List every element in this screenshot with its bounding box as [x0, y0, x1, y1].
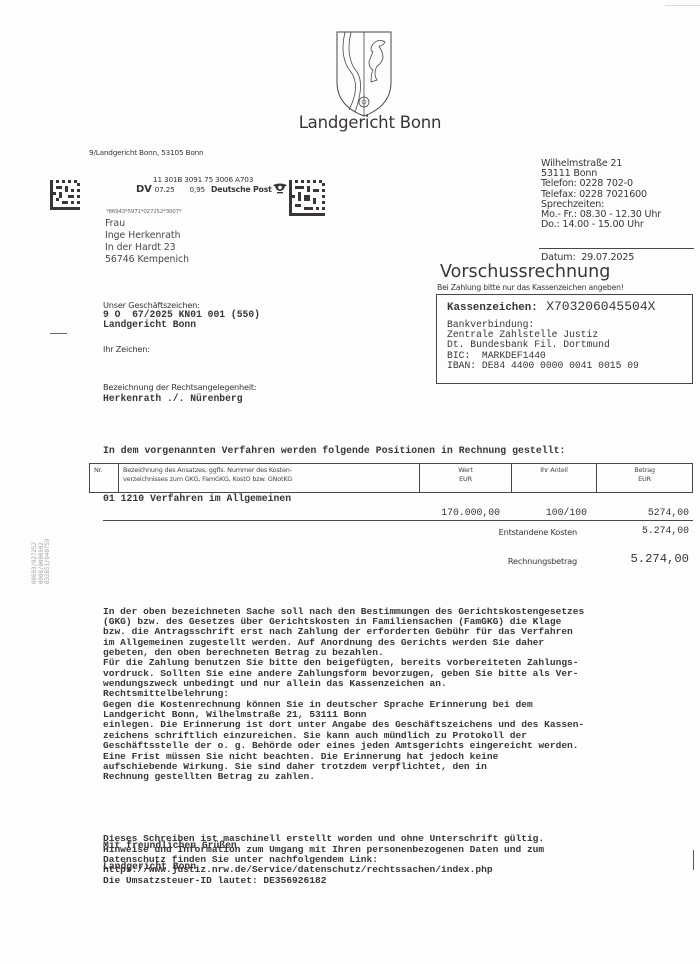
- margin-reference-code: 08693/027252 0008/0000502 032851/040759: [32, 524, 92, 584]
- costs-label: Entstandene Kosten: [380, 527, 577, 537]
- bank-details: Bankverbindung: Zentrale Zahlstelle Just…: [447, 320, 692, 371]
- body-line: Rechnung gestellten Betrag zu zahlen.: [103, 772, 698, 782]
- recipient-line: Inge Herkenrath: [105, 230, 189, 242]
- col-nr: Nr.: [90, 464, 119, 493]
- matter-label: Bezeichnung der Rechtsangelegenheit:: [103, 382, 257, 392]
- col-description-line: verzeichnisses zum GKG, FamGKG, KostO bz…: [123, 475, 415, 484]
- divider: [103, 520, 693, 521]
- kassenzeichen: Kassenzeichen: X703206045504X: [447, 301, 692, 314]
- datamatrix-code-icon: [289, 180, 325, 216]
- invoice-item-betrag: 5274,00: [600, 507, 689, 518]
- closing-greeting: Mit freundlichen Grüßen: [103, 840, 237, 851]
- col-description: Bezeichnung des Ansatzes, ggfls. Nummer …: [119, 464, 420, 493]
- franking-line: DV 07.25 0,95 Deutsche Post: [136, 184, 272, 195]
- kassenzeichen-label: Kassenzeichen:: [447, 302, 538, 314]
- col-wert-label: Wert: [424, 466, 507, 475]
- franking-dv: DV: [136, 184, 152, 195]
- our-reference-court: Landgericht Bonn: [103, 320, 260, 330]
- datamatrix-code-icon: [50, 180, 80, 210]
- scan-edge: [665, 5, 700, 6]
- recipient-line: 56746 Kempenich: [105, 254, 189, 266]
- carrier-name: Deutsche Post: [211, 185, 272, 194]
- nrw-coat-of-arms-icon: [335, 30, 393, 118]
- recipient-address: Frau Inge Herkenrath In der Hardt 23 567…: [105, 218, 189, 266]
- col-betrag-label: Betrag: [601, 466, 688, 475]
- body-paragraph-notice: In der oben bezeichneten Sache soll nach…: [103, 607, 698, 783]
- invoice-item-description: 01 1210 Verfahren im Allgemeinen: [103, 493, 291, 504]
- col-description-line: Bezeichnung des Ansatzes, ggfls. Nummer …: [123, 466, 415, 475]
- franking-amount: 0,95: [190, 185, 205, 194]
- franking-code: 11 301B 3091 75 3006 A703: [153, 175, 253, 184]
- sender-return-address: 9/Landgericht Bonn, 53105 Bonn: [89, 148, 203, 157]
- postal-barcode-text: *86943*5971*027252*3007*: [106, 209, 181, 215]
- invoice-intro: In dem vorgenannten Verfahren werden fol…: [103, 445, 565, 456]
- body-line: Die Umsatzsteuer-ID lautet: DE356926182: [103, 876, 698, 886]
- col-anteil: Ihr Anteil: [512, 464, 597, 493]
- post-horn-icon: [272, 182, 288, 194]
- recipient-line: In der Hardt 23: [105, 242, 189, 254]
- col-wert-unit: EUR: [424, 475, 507, 484]
- total-value: 5.274,00: [580, 552, 689, 566]
- payment-info-box: Kassenzeichen: X703206045504X Bankverbin…: [436, 294, 693, 384]
- recipient-line: Frau: [105, 218, 189, 230]
- invoice-item-wert: 170.000,00: [400, 507, 500, 518]
- costs-value: 5.274,00: [580, 525, 689, 536]
- our-reference: 9 O 67/2025 KN01 001 (550) Landgericht B…: [103, 310, 260, 330]
- invoice-item-anteil: 100/100: [510, 507, 587, 518]
- divider: [539, 248, 694, 249]
- bank-iban: IBAN: DE84 4400 0000 0041 0015 09: [447, 361, 692, 371]
- franking-date: 07.25: [155, 185, 175, 194]
- col-wert: Wert EUR: [420, 464, 512, 493]
- court-name-heading: Landgericht Bonn: [0, 113, 700, 132]
- document-subtitle: Bei Zahlung bitte nur das Kassenzeichen …: [437, 283, 624, 292]
- matter-value: Herkenrath ./. Nürenberg: [103, 393, 243, 404]
- col-betrag-unit: EUR: [601, 475, 688, 484]
- invoice-table-header: Nr. Bezeichnung des Ansatzes, ggfls. Num…: [89, 463, 693, 493]
- body-line: Geschäftsstelle der o. g. Behörde oder e…: [103, 741, 698, 751]
- court-contact-block: Wilhelmstraße 21 53111 Bonn Telefon: 022…: [541, 159, 661, 230]
- document-title: Vorschussrechnung: [440, 262, 610, 282]
- total-label: Rechnungsbetrag: [380, 556, 577, 566]
- fold-mark: [50, 333, 67, 334]
- kassenzeichen-value: X703206045504X: [546, 299, 655, 314]
- col-betrag: Betrag EUR: [597, 464, 693, 493]
- office-hours-line: Do.: 14.00 - 15.00 Uhr: [541, 220, 661, 230]
- fold-mark: [693, 850, 694, 870]
- closing-signature: Landgericht Bonn: [103, 861, 196, 872]
- margin-code-text: 08693/027252 0008/0000502 032851/040759: [32, 539, 52, 584]
- your-reference-label: Ihr Zeichen:: [103, 344, 150, 354]
